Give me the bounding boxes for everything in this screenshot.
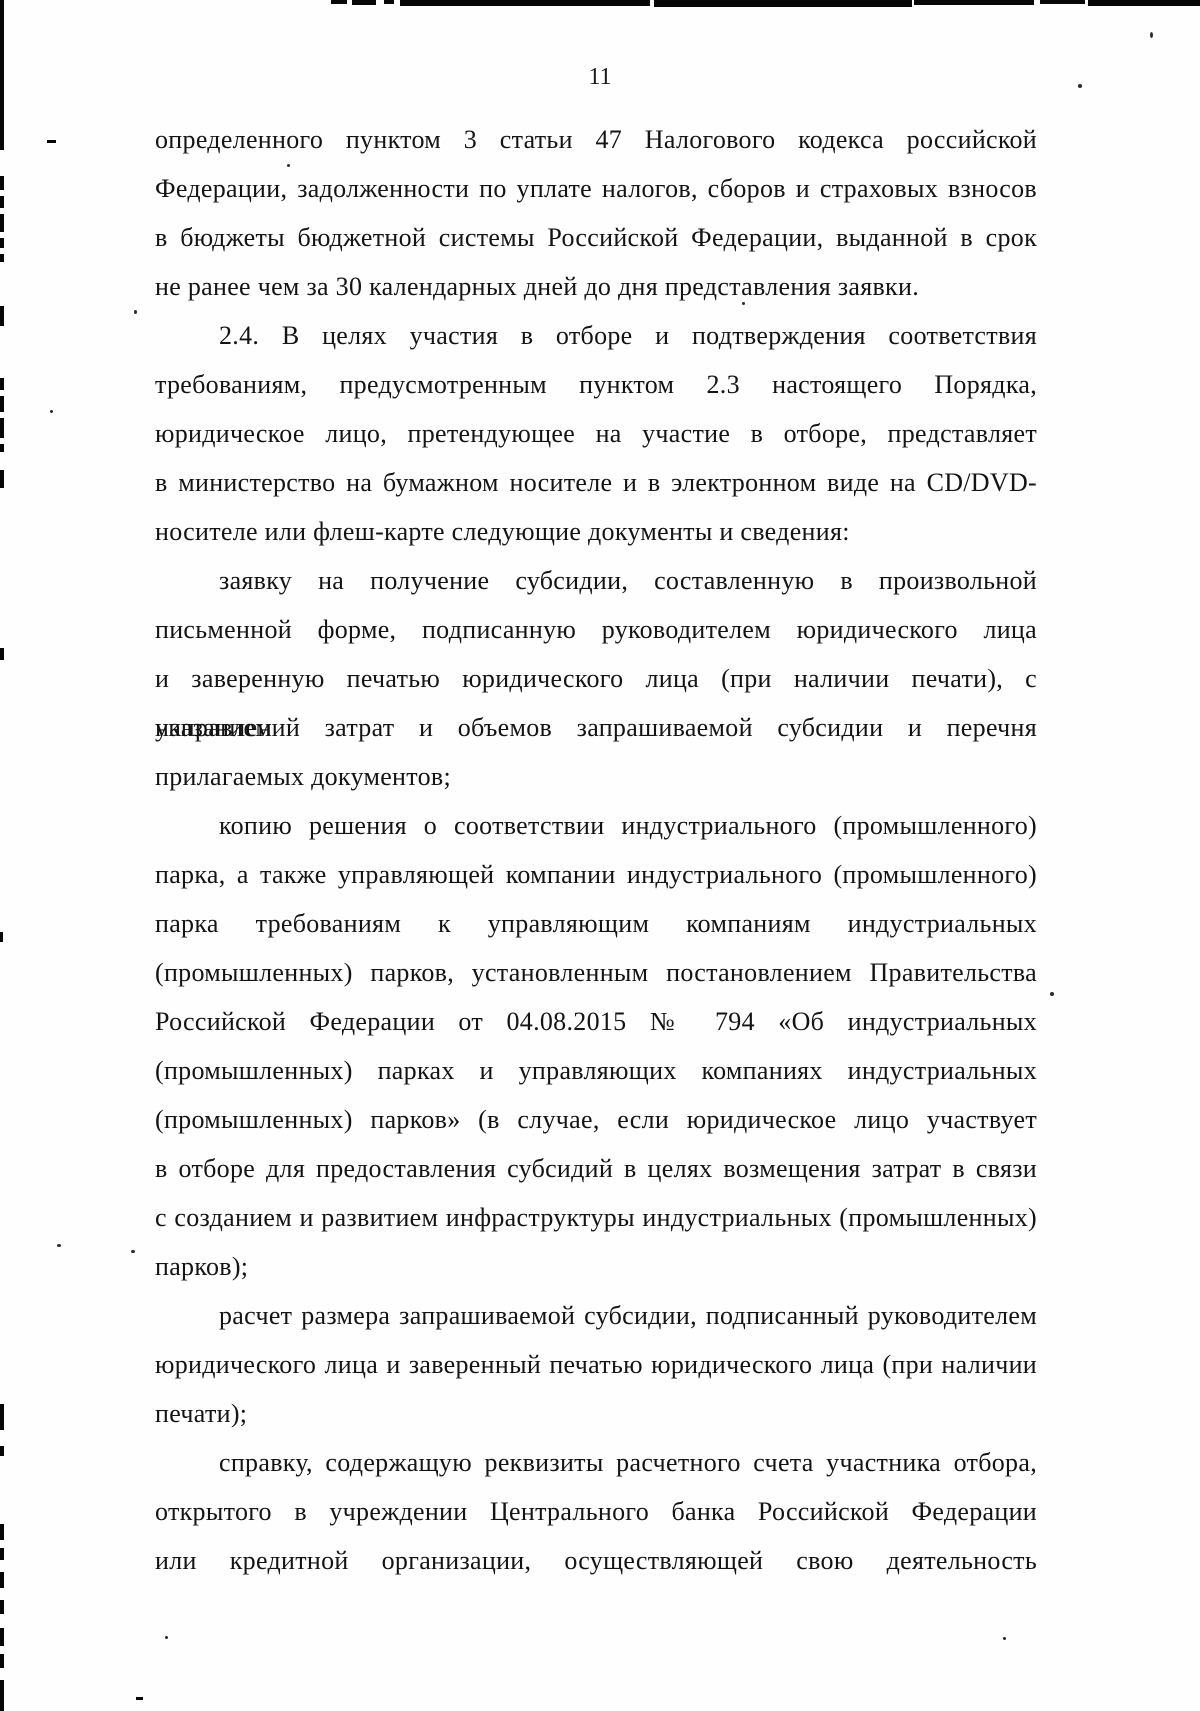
scan-artifact-top-edge — [1088, 0, 1200, 6]
text-line: не ранее чем за 30 календарных дней до д… — [155, 262, 1037, 311]
text-line: Федерации, задолженности по уплате налог… — [155, 164, 1037, 213]
scan-artifact-top-edge — [331, 0, 347, 4]
text-line: или кредитной организации, осуществляюще… — [155, 1536, 1037, 1585]
scan-speck — [131, 1250, 135, 1253]
scan-artifact-left-edge — [0, 396, 4, 412]
text-line: (промышленных) парков, установленным пос… — [155, 948, 1037, 997]
scan-artifact-left-edge — [0, 1548, 4, 1560]
scan-artifact-left-edge — [0, 1572, 4, 1588]
scan-speck — [47, 140, 56, 143]
text-line: в министерство на бумажном носителе и в … — [155, 458, 1037, 507]
text-line: юридического лица и заверенный печатью ю… — [155, 1340, 1037, 1389]
text-line: направлений затрат и объемов запрашиваем… — [155, 703, 1037, 752]
scan-speck — [165, 1636, 168, 1639]
scan-artifact-left-edge — [0, 470, 4, 488]
paragraph: определенного пунктом 3 статьи 47 Налого… — [155, 115, 1037, 311]
scan-artifact-top-edge — [384, 0, 394, 4]
scan-artifact-left-edge — [0, 418, 4, 438]
text-line: парков); — [155, 1242, 1037, 1291]
scan-artifact-left-edge — [0, 1404, 4, 1430]
scan-speck — [134, 310, 137, 314]
paragraph: копию решения о соответствии индустриаль… — [155, 801, 1037, 1291]
scan-artifact-left-edge — [0, 196, 4, 208]
paragraph: расчет размера запрашиваемой субсидии, п… — [155, 1291, 1037, 1438]
scan-artifact-left-edge — [0, 306, 4, 326]
scan-artifact-left-edge — [0, 254, 4, 262]
text-line: 2.4. В целях участия в отборе и подтверж… — [155, 311, 1037, 360]
scan-speck — [57, 1244, 61, 1247]
scan-artifact-left-edge — [0, 176, 4, 190]
text-line: открытого в учреждении Центрального банк… — [155, 1487, 1037, 1536]
scan-artifact-left-edge — [0, 238, 4, 248]
scan-speck — [50, 410, 53, 413]
text-line: печати); — [155, 1389, 1037, 1438]
text-line: заявку на получение субсидии, составленн… — [155, 556, 1037, 605]
scan-artifact-left-edge — [0, 444, 4, 452]
scan-artifact-left-edge — [0, 1446, 4, 1456]
paragraph: 2.4. В целях участия в отборе и подтверж… — [155, 311, 1037, 556]
scan-artifact-top-edge — [352, 0, 376, 5]
scan-speck — [1150, 32, 1153, 38]
scan-artifact-left-edge — [0, 648, 4, 660]
scan-speck — [136, 1697, 143, 1700]
scan-artifact-left-edge — [0, 932, 3, 942]
text-line: расчет размера запрашиваемой субсидии, п… — [155, 1291, 1037, 1340]
text-line: (промышленных) парков» (в случае, если ю… — [155, 1095, 1037, 1144]
text-line: в отборе для предоставления субсидий в ц… — [155, 1144, 1037, 1193]
scan-artifact-left-edge — [0, 1600, 4, 1614]
text-line: и заверенную печатью юридического лица (… — [155, 654, 1037, 703]
scan-artifact-left-edge — [0, 1680, 4, 1711]
text-line: справку, содержащую реквизиты расчетного… — [155, 1438, 1037, 1487]
text-line: носителе или флеш-карте следующие докуме… — [155, 507, 1037, 556]
scan-artifact-left-edge — [0, 1654, 4, 1668]
document-body: определенного пунктом 3 статьи 47 Налого… — [155, 115, 1037, 1585]
scan-artifact-left-edge — [0, 1524, 4, 1540]
text-line: с созданием и развитием инфраструктуры и… — [155, 1193, 1037, 1242]
scan-artifact-top-edge — [914, 0, 1034, 5]
text-line: Российской Федерации от 04.08.2015 № 794… — [155, 997, 1037, 1046]
text-line: в бюджеты бюджетной системы Российской Ф… — [155, 213, 1037, 262]
scan-artifact-left-edge — [0, 1628, 4, 1646]
scan-artifact-left-edge — [0, 214, 4, 232]
scan-artifact-left-edge — [0, 378, 4, 390]
text-line: парка, а также управляющей компании инду… — [155, 850, 1037, 899]
paragraph: заявку на получение субсидии, составленн… — [155, 556, 1037, 801]
scan-artifact-top-edge — [400, 0, 650, 6]
text-line: копию решения о соответствии индустриаль… — [155, 801, 1037, 850]
scan-artifact-top-edge — [1040, 0, 1085, 4]
scan-speck — [1003, 1637, 1006, 1640]
text-line: письменной форме, подписанную руководите… — [155, 605, 1037, 654]
paragraph: справку, содержащую реквизиты расчетного… — [155, 1438, 1037, 1585]
text-line: определенного пунктом 3 статьи 47 Налого… — [155, 115, 1037, 164]
text-line: юридическое лицо, претендующее на участи… — [155, 409, 1037, 458]
scan-speck — [1050, 992, 1054, 996]
scan-artifact-top-edge — [654, 0, 912, 7]
text-line: парка требованиям к управляющим компания… — [155, 899, 1037, 948]
text-line: прилагаемых документов; — [155, 752, 1037, 801]
text-line: требованиям, предусмотренным пунктом 2.3… — [155, 360, 1037, 409]
text-line: (промышленных) парках и управляющих комп… — [155, 1046, 1037, 1095]
scanned-document-page: 11 определенного пунктом 3 статьи 47 Нал… — [0, 0, 1200, 1711]
page-number: 11 — [0, 64, 1200, 91]
